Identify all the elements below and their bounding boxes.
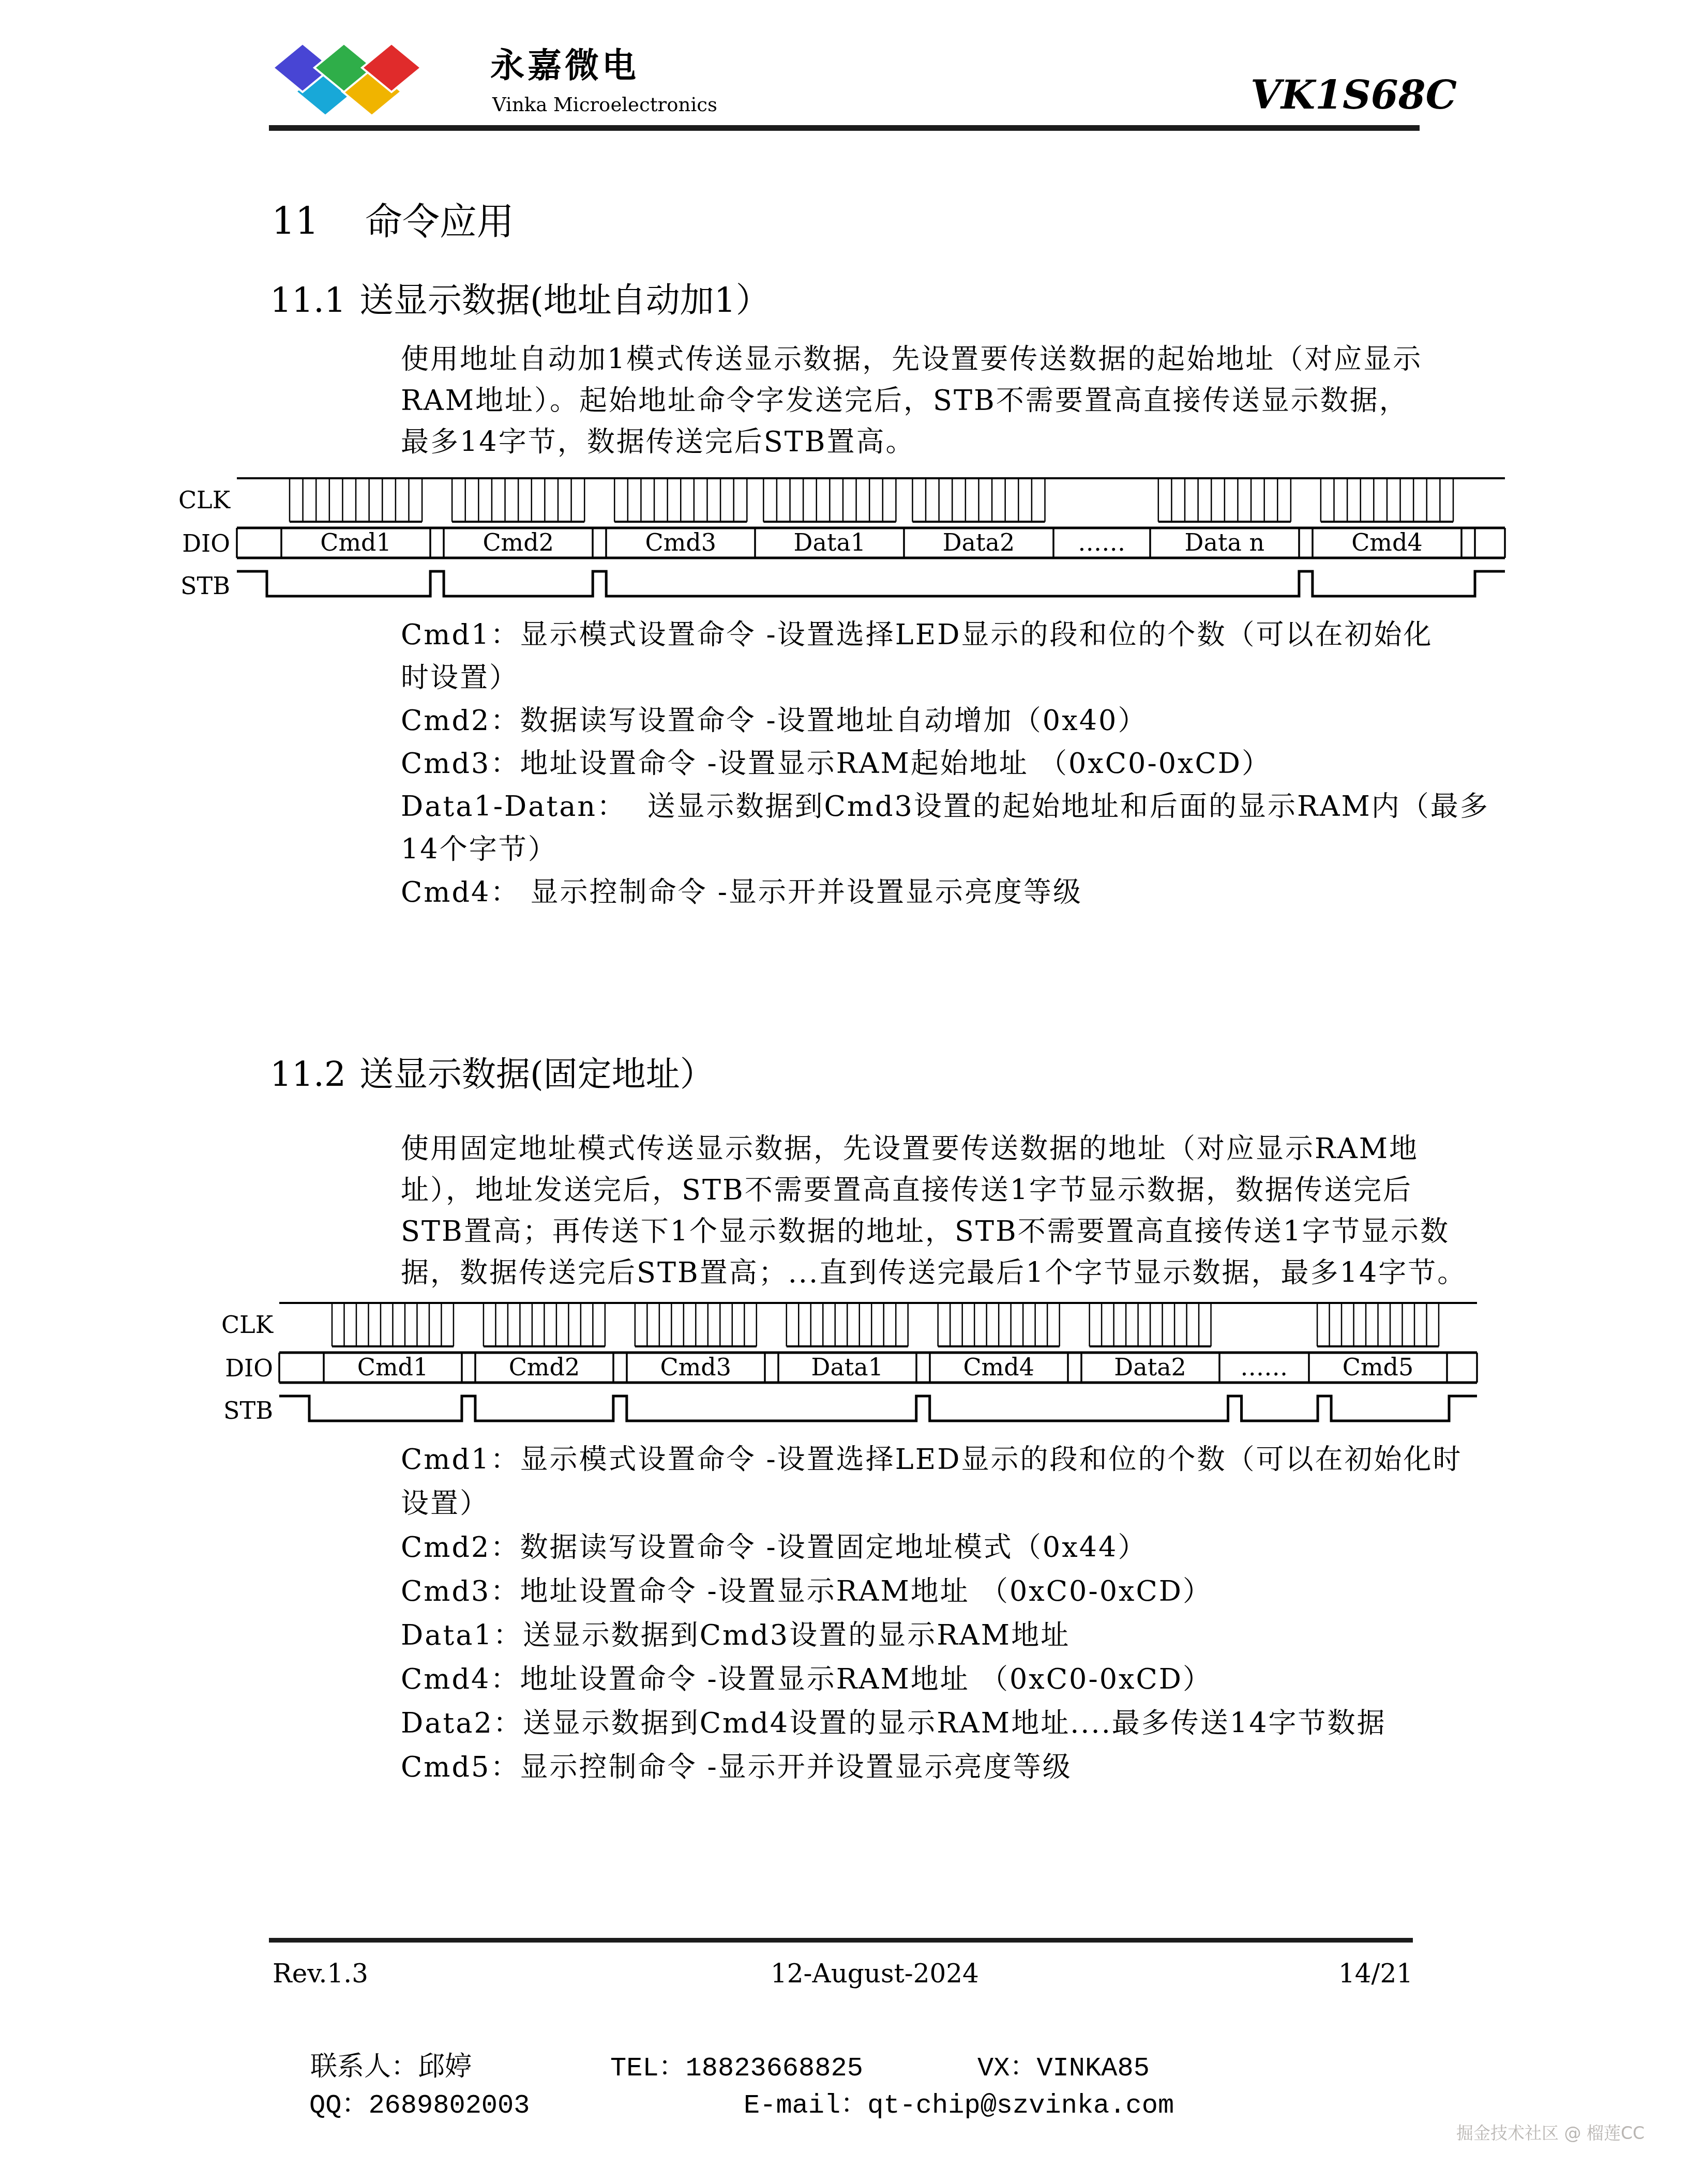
dio-segment-label: Data2 [943, 528, 1015, 556]
note-line: Cmd3：地址设置命令 -设置显示RAM地址 （0xC0-0xCD） [401, 1576, 1212, 1606]
note-line: Cmd2：数据读写设置命令 -设置地址自动增加（0x40） [401, 705, 1147, 736]
subsection-2-title: 送显示数据(固定地址） [359, 1057, 714, 1091]
note-line: Cmd5：显示控制命令 -显示开并设置显示亮度等级 [401, 1752, 1072, 1782]
clk-label: CLK [221, 1311, 274, 1339]
note-line: Data2：送显示数据到Cmd4设置的显示RAM地址....最多传送14字节数据 [401, 1708, 1386, 1738]
note-line: Data1-Datan： 送显示数据到Cmd3设置的起始地址和后面的显示RAM内… [401, 791, 1489, 822]
note-line: 时设置） [401, 662, 519, 693]
dio-segment-label: Cmd4 [963, 1353, 1034, 1381]
footer-revision: Rev.1.3 [273, 1961, 368, 1986]
subsection-1-title: 送显示数据(地址自动加1） [359, 283, 770, 317]
dio-segment-label: Cmd4 [1351, 528, 1423, 556]
contact-qq: QQ：2689802003 [309, 2092, 530, 2119]
company-name-en: Vinka Microelectronics [492, 95, 717, 114]
note-line: Cmd4：地址设置命令 -设置显示RAM地址 （0xC0-0xCD） [401, 1664, 1212, 1694]
note-line: Cmd2：数据读写设置命令 -设置固定地址模式（0x44） [401, 1532, 1147, 1563]
note-line: Cmd4： 显示控制命令 -显示开并设置显示亮度等级 [401, 877, 1082, 907]
dio-segment-label: Data1 [794, 528, 866, 556]
footer-page-number: 14/21 [1338, 1961, 1413, 1986]
dio-segment-label: Cmd2 [509, 1353, 580, 1381]
timing-diagram-auto-increment: CLKDIOSTBCmd1Cmd2Cmd3Data1Data2……Data nC… [0, 467, 1688, 601]
footer-rule [269, 1938, 1413, 1943]
dio-segment-label: Cmd1 [320, 528, 391, 556]
dio-segment-label: Cmd1 [357, 1353, 429, 1381]
company-logo [269, 41, 424, 119]
section-title: 命令应用 [365, 203, 514, 240]
dio-segment-label: Cmd2 [483, 528, 554, 556]
dio-segment-label: Data1 [811, 1353, 883, 1381]
subsection-1-number: 11.1 [270, 283, 346, 317]
paragraph-line: 据，数据传送完后STB置高；...直到传送完最后1个字节显示数据，最多14字节。 [401, 1257, 1467, 1288]
note-line: Cmd1：显示模式设置命令 -设置选择LED显示的段和位的个数（可以在初始化 [401, 619, 1433, 650]
footer-date: 12-August-2024 [771, 1961, 979, 1986]
dio-segment-label: Cmd3 [645, 528, 716, 556]
dio-segment-label: Cmd3 [660, 1353, 732, 1381]
note-line: Data1：送显示数据到Cmd3设置的显示RAM地址 [401, 1620, 1070, 1650]
dio-segment-label: Data2 [1114, 1353, 1186, 1381]
contact-email: E-mail：qt-chip@szvinka.com [744, 2092, 1174, 2119]
dio-segment-label: …… [1240, 1353, 1288, 1381]
stb-label: STB [223, 1397, 273, 1424]
dio-segment-label: Cmd5 [1343, 1353, 1414, 1381]
dio-segment-label: Data n [1185, 528, 1264, 556]
watermark: 掘金技术社区 @ 榴莲CC [1456, 2120, 1645, 2144]
contact-person: 联系人：邱婷 [310, 2055, 472, 2082]
paragraph-line: STB置高；再传送下1个显示数据的地址，STB不需要置高直接传送1字节显示数 [401, 1216, 1450, 1247]
header-rule [269, 125, 1420, 131]
subsection-2-number: 11.2 [270, 1057, 346, 1091]
timing-diagram-fixed-address: CLKDIOSTBCmd1Cmd2Cmd3Data1Cmd4Data2……Cmd… [0, 1292, 1688, 1426]
company-name-cn: 永嘉微电 [490, 49, 639, 83]
paragraph-line: 址），地址发送完后，STB不需要置高直接传送1字节显示数据，数据传送完后 [401, 1175, 1412, 1205]
note-line: Cmd1：显示模式设置命令 -设置选择LED显示的段和位的个数（可以在初始化时 [401, 1444, 1462, 1475]
paragraph-line: RAM地址）。起始地址命令字发送完后，STB不需要置高直接传送显示数据， [401, 385, 1409, 416]
clk-label: CLK [178, 486, 231, 514]
dio-label: DIO [182, 529, 230, 557]
part-number: VK1S68C [1250, 75, 1457, 115]
paragraph-line: 使用地址自动加1模式传送显示数据，先设置要传送数据的起始地址（对应显示 [401, 344, 1422, 374]
note-line: 设置） [401, 1488, 489, 1519]
paragraph-line: 使用固定地址模式传送显示数据，先设置要传送数据的地址（对应显示RAM地 [401, 1133, 1419, 1164]
section-number: 11 [272, 203, 319, 240]
datasheet-page: 永嘉微电 Vinka Microelectronics VK1S68C 11 命… [0, 0, 1688, 2184]
paragraph-line: 最多14字节，数据传送完后STB置高。 [401, 427, 915, 457]
stb-label: STB [180, 572, 230, 600]
note-line: Cmd3：地址设置命令 -设置显示RAM起始地址 （0xC0-0xCD） [401, 748, 1271, 779]
note-line: 14个字节） [401, 834, 557, 865]
contact-wechat: VX：VINKA85 [977, 2055, 1150, 2082]
dio-segment-label: …… [1078, 528, 1125, 556]
dio-label: DIO [225, 1354, 273, 1382]
contact-tel: TEL：18823668825 [610, 2055, 863, 2082]
